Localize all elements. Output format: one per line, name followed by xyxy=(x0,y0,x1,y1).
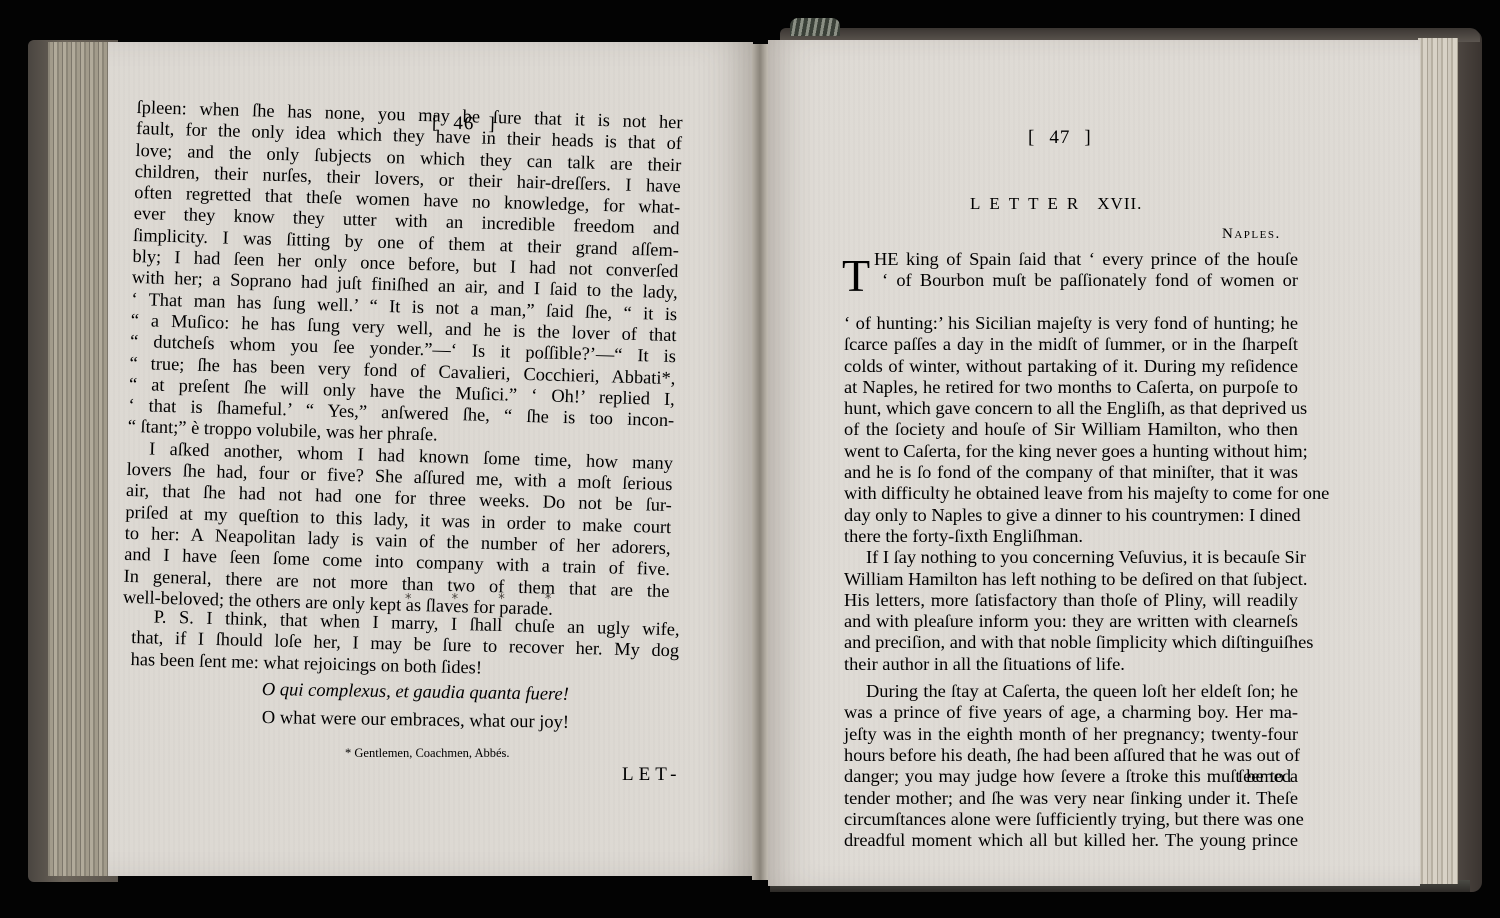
letter-heading: LETTERXVII. xyxy=(970,194,1142,214)
text-line: hours before his death, ſhe had been aſſ… xyxy=(844,745,1298,766)
postscript: P. S. I think, that when I marry, I ſhal… xyxy=(130,606,679,683)
text-line: was a prince of five years of age, a cha… xyxy=(844,702,1298,723)
left-page-edges xyxy=(48,42,110,876)
text-line: and he is ſo fond of the company of that… xyxy=(844,462,1298,483)
folio-number: 47 xyxy=(1035,127,1084,148)
section-break-asterisms: * * * * xyxy=(405,592,569,607)
text-line: their author in all the ſituations of li… xyxy=(844,654,1298,675)
text-line: with difficulty he obtained leave from h… xyxy=(844,483,1298,504)
text-line: ſcarce paſſes a day in the midſt of ſumm… xyxy=(844,334,1298,355)
text-line: During the ſtay at Caſerta, the queen lo… xyxy=(844,681,1298,702)
text-line: went to Caſerta, for the king never goes… xyxy=(844,441,1298,462)
text-line: day only to Naples to give a dinner to h… xyxy=(844,505,1298,526)
text-line: If I ſay nothing to you concerning Veſuv… xyxy=(844,547,1298,568)
text-line: HE king of Spain ſaid that ‘ every princ… xyxy=(844,249,1298,270)
text-line: circumſtances alone were ſufficiently tr… xyxy=(844,809,1298,830)
letter-label: LETTER xyxy=(970,194,1087,213)
text-line: jeſty was in the eighth month of her pre… xyxy=(844,724,1298,745)
text-line: there the forty-ſixth Engliſhman. xyxy=(844,526,1298,547)
text-line: His letters, more ſatisfactory than thoſ… xyxy=(844,590,1298,611)
book-photograph: [46] ſpleen: when ſhe has none, you may … xyxy=(0,0,1500,918)
left-page-body: ſpleen: when ſhe has none, you may be ſu… xyxy=(123,97,683,623)
text-line: of the ſociety and houſe of Sir William … xyxy=(844,419,1298,440)
text-line: ‘ of hunting:’ his Sicilian majeſty is v… xyxy=(844,313,1298,334)
text-line: at Naples, he retired for two months to … xyxy=(844,377,1298,398)
catchword: ſeemed xyxy=(1238,766,1291,787)
book-gutter xyxy=(752,44,768,880)
right-page-number: [47] xyxy=(1028,127,1092,149)
text-line: William Hamilton has left nothing to be … xyxy=(844,569,1298,590)
right-page-edges xyxy=(1418,38,1458,884)
text-line: hunt, which gave concern to all the Engl… xyxy=(844,398,1298,419)
text-line: and preciſion, and with that noble ſimpl… xyxy=(844,632,1298,653)
text-line: and with pleaſure inform you: they are w… xyxy=(844,611,1298,632)
text-line: danger; you may judge how ſevere a ſtrok… xyxy=(844,766,1298,787)
text-line: colds of winter, without partaking of it… xyxy=(844,356,1298,377)
place-heading: Naples. xyxy=(1222,226,1281,243)
spine-headband xyxy=(790,18,840,36)
letter-number: XVII. xyxy=(1097,194,1142,213)
text-line: ‘ of Bourbon muſt be paſſionately fond o… xyxy=(844,270,1298,291)
text-line: dreadful moment which all but killed her… xyxy=(844,830,1298,851)
right-page-body: ‘ of hunting:’ his Sicilian majeſty is v… xyxy=(844,313,1298,851)
catchword: LET- xyxy=(622,764,681,786)
text-line: tender mother; and ſhe was very near ſin… xyxy=(844,788,1298,809)
footnote: * Gentlemen, Coachmen, Abbés. xyxy=(345,746,510,761)
bracket-close: ] xyxy=(1084,127,1091,148)
right-page-opening: HE king of Spain ſaid that ‘ every princ… xyxy=(844,249,1298,292)
